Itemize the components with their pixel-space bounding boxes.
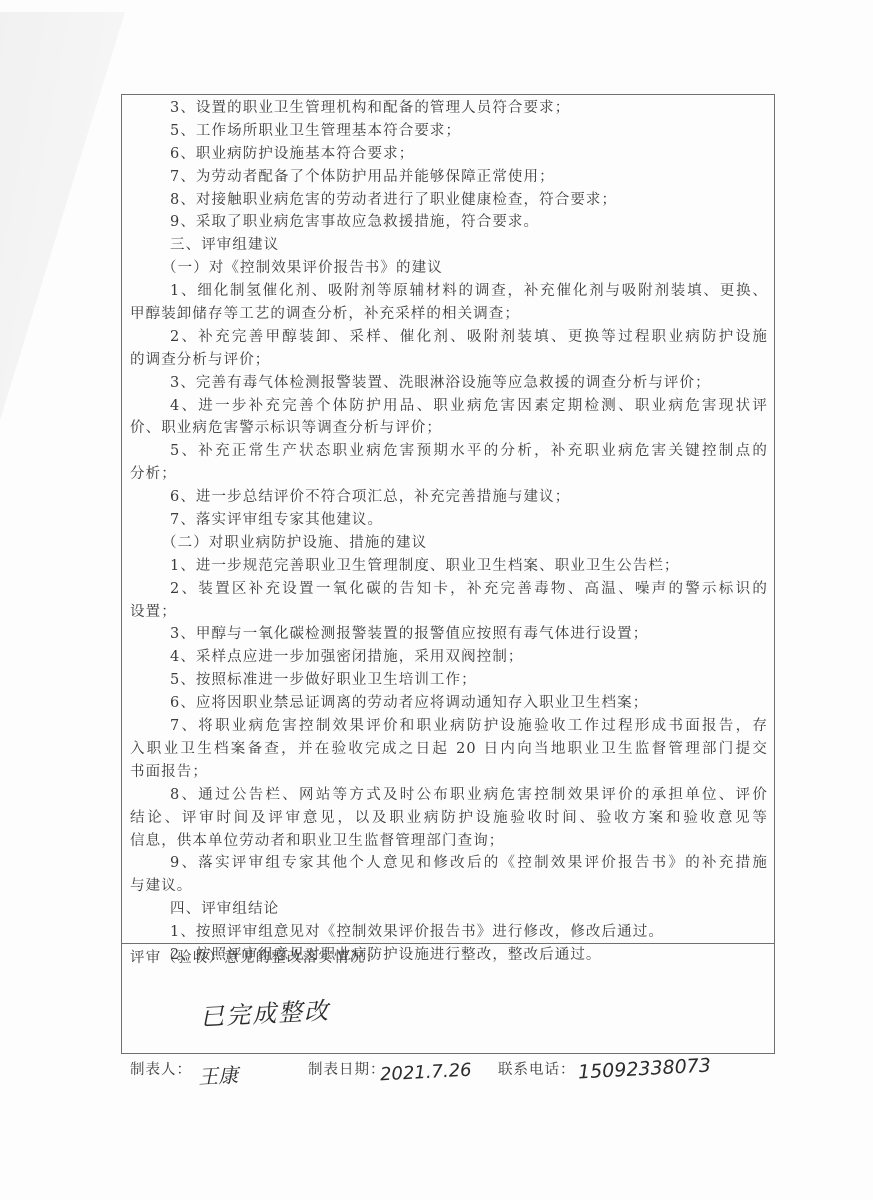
document-line: 书面报告； [130, 761, 768, 784]
document-line: 2、装置区补充设置一氧化碳的告知卡，补充完善毒物、高温、噪声的警示标识的 [130, 578, 768, 601]
document-line: 8、对接触职业病危害的劳动者进行了职业健康检查，符合要求； [130, 189, 768, 212]
document-line: 9、采取了职业病危害事故应急救援措施，符合要求。 [130, 211, 768, 234]
document-line: 价、职业病危害警示标识等调查分析与评价； [130, 417, 768, 440]
document-line: 5、工作场所职业卫生管理基本符合要求； [130, 120, 768, 143]
document-line: 1、按照评审组意见对《控制效果评价报告书》进行修改，修改后通过。 [130, 921, 768, 944]
document-line: 9、落实评审组专家其他个人意见和修改后的《控制效果评价报告书》的补充措施 [130, 852, 768, 875]
phone-label: 联系电话： [498, 1058, 576, 1079]
document-line: 结论、评审时间及评审意见，以及职业病防护设施验收时间、验收方案和验收意见等 [130, 807, 768, 830]
document-line: 的调查分析与评价； [130, 349, 768, 372]
rectification-handwritten-value: 已完成整改 [199, 991, 331, 1033]
document-line: 设置； [130, 601, 768, 624]
document-line: 1、进一步规范完善职业卫生管理制度、职业卫生档案、职业卫生公告栏； [130, 555, 768, 578]
document-line: 信息，供本单位劳动者和职业卫生监督管理部门查询； [130, 830, 768, 853]
rectification-section: 评审（验收）意见的整改落实情况： 已完成整改 [122, 944, 774, 1053]
review-content-section: 3、设置的职业卫生管理机构和配备的管理人员符合要求；5、工作场所职业卫生管理基本… [122, 95, 774, 944]
document-line: 分析； [130, 463, 768, 486]
date-value: 2021.7.26 [380, 1060, 473, 1086]
document-line: 6、职业病防护设施基本符合要求； [130, 143, 768, 166]
phone-value: 15092338073 [578, 1055, 712, 1084]
preparer-label: 制表人： [130, 1058, 192, 1079]
document-line: 入职业卫生档案备查，并在验收完成之日起 20 日内向当地职业卫生监督管理部门提交 [130, 738, 768, 761]
document-line: 与建议。 [130, 875, 768, 898]
document-line: 7、为劳动者配备了个体防护用品并能够保障正常使用； [130, 166, 768, 189]
document-line: 6、进一步总结评价不符合项汇总，补充完善措施与建议； [130, 486, 768, 509]
document-line: 3、完善有毒气体检测报警装置、洗眼淋浴设施等应急救援的调查分析与评价； [130, 372, 768, 395]
document-line: 4、采样点应进一步加强密闭措施，采用双阀控制； [130, 646, 768, 669]
document-line: 6、应将因职业禁忌证调离的劳动者应将调动通知存入职业卫生档案； [130, 692, 768, 715]
rectification-label: 评审（验收）意见的整改落实情况： [130, 948, 766, 968]
document-line: 三、评审组建议 [130, 234, 768, 257]
review-form-frame: 3、设置的职业卫生管理机构和配备的管理人员符合要求；5、工作场所职业卫生管理基本… [121, 94, 775, 1054]
scan-fold-artifact [0, 0, 125, 420]
document-line: 5、补充正常生产状态职业病危害预期水平的分析，补充职业病危害关键控制点的 [130, 440, 768, 463]
document-line: 1、细化制氢催化剂、吸附剂等原辅材料的调查，补充催化剂与吸附剂装填、更换、 [130, 280, 768, 303]
document-line: 7、落实评审组专家其他建议。 [130, 509, 768, 532]
document-line: （二）对职业病防护设施、措施的建议 [130, 532, 768, 555]
document-line: 甲醇装卸储存等工艺的调查分析，补充采样的相关调查； [130, 303, 768, 326]
preparer-signature: 王康 [197, 1059, 238, 1090]
document-line: 3、设置的职业卫生管理机构和配备的管理人员符合要求； [130, 97, 768, 120]
document-line: 7、将职业病危害控制效果评价和职业病防护设施验收工作过程形成书面报告，存 [130, 715, 768, 738]
document-line: 8、通过公告栏、网站等方式及时公布职业病危害控制效果评价的承担单位、评价 [130, 784, 768, 807]
document-line: 4、进一步补充完善个体防护用品、职业病危害因素定期检测、职业病危害现状评 [130, 395, 768, 418]
form-footer: 制表人： 王康 制表日期： 2021.7.26 联系电话： 1509233807… [130, 1058, 770, 1098]
document-line: 5、按照标准进一步做好职业卫生培训工作； [130, 669, 768, 692]
document-line: 四、评审组结论 [130, 898, 768, 921]
date-label: 制表日期： [308, 1058, 386, 1079]
document-line: （一）对《控制效果评价报告书》的建议 [130, 257, 768, 280]
document-line: 2、补充完善甲醇装卸、采样、催化剂、吸附剂装填、更换等过程职业病防护设施 [130, 326, 768, 349]
document-line: 3、甲醇与一氧化碳检测报警装置的报警值应按照有毒气体进行设置； [130, 623, 768, 646]
